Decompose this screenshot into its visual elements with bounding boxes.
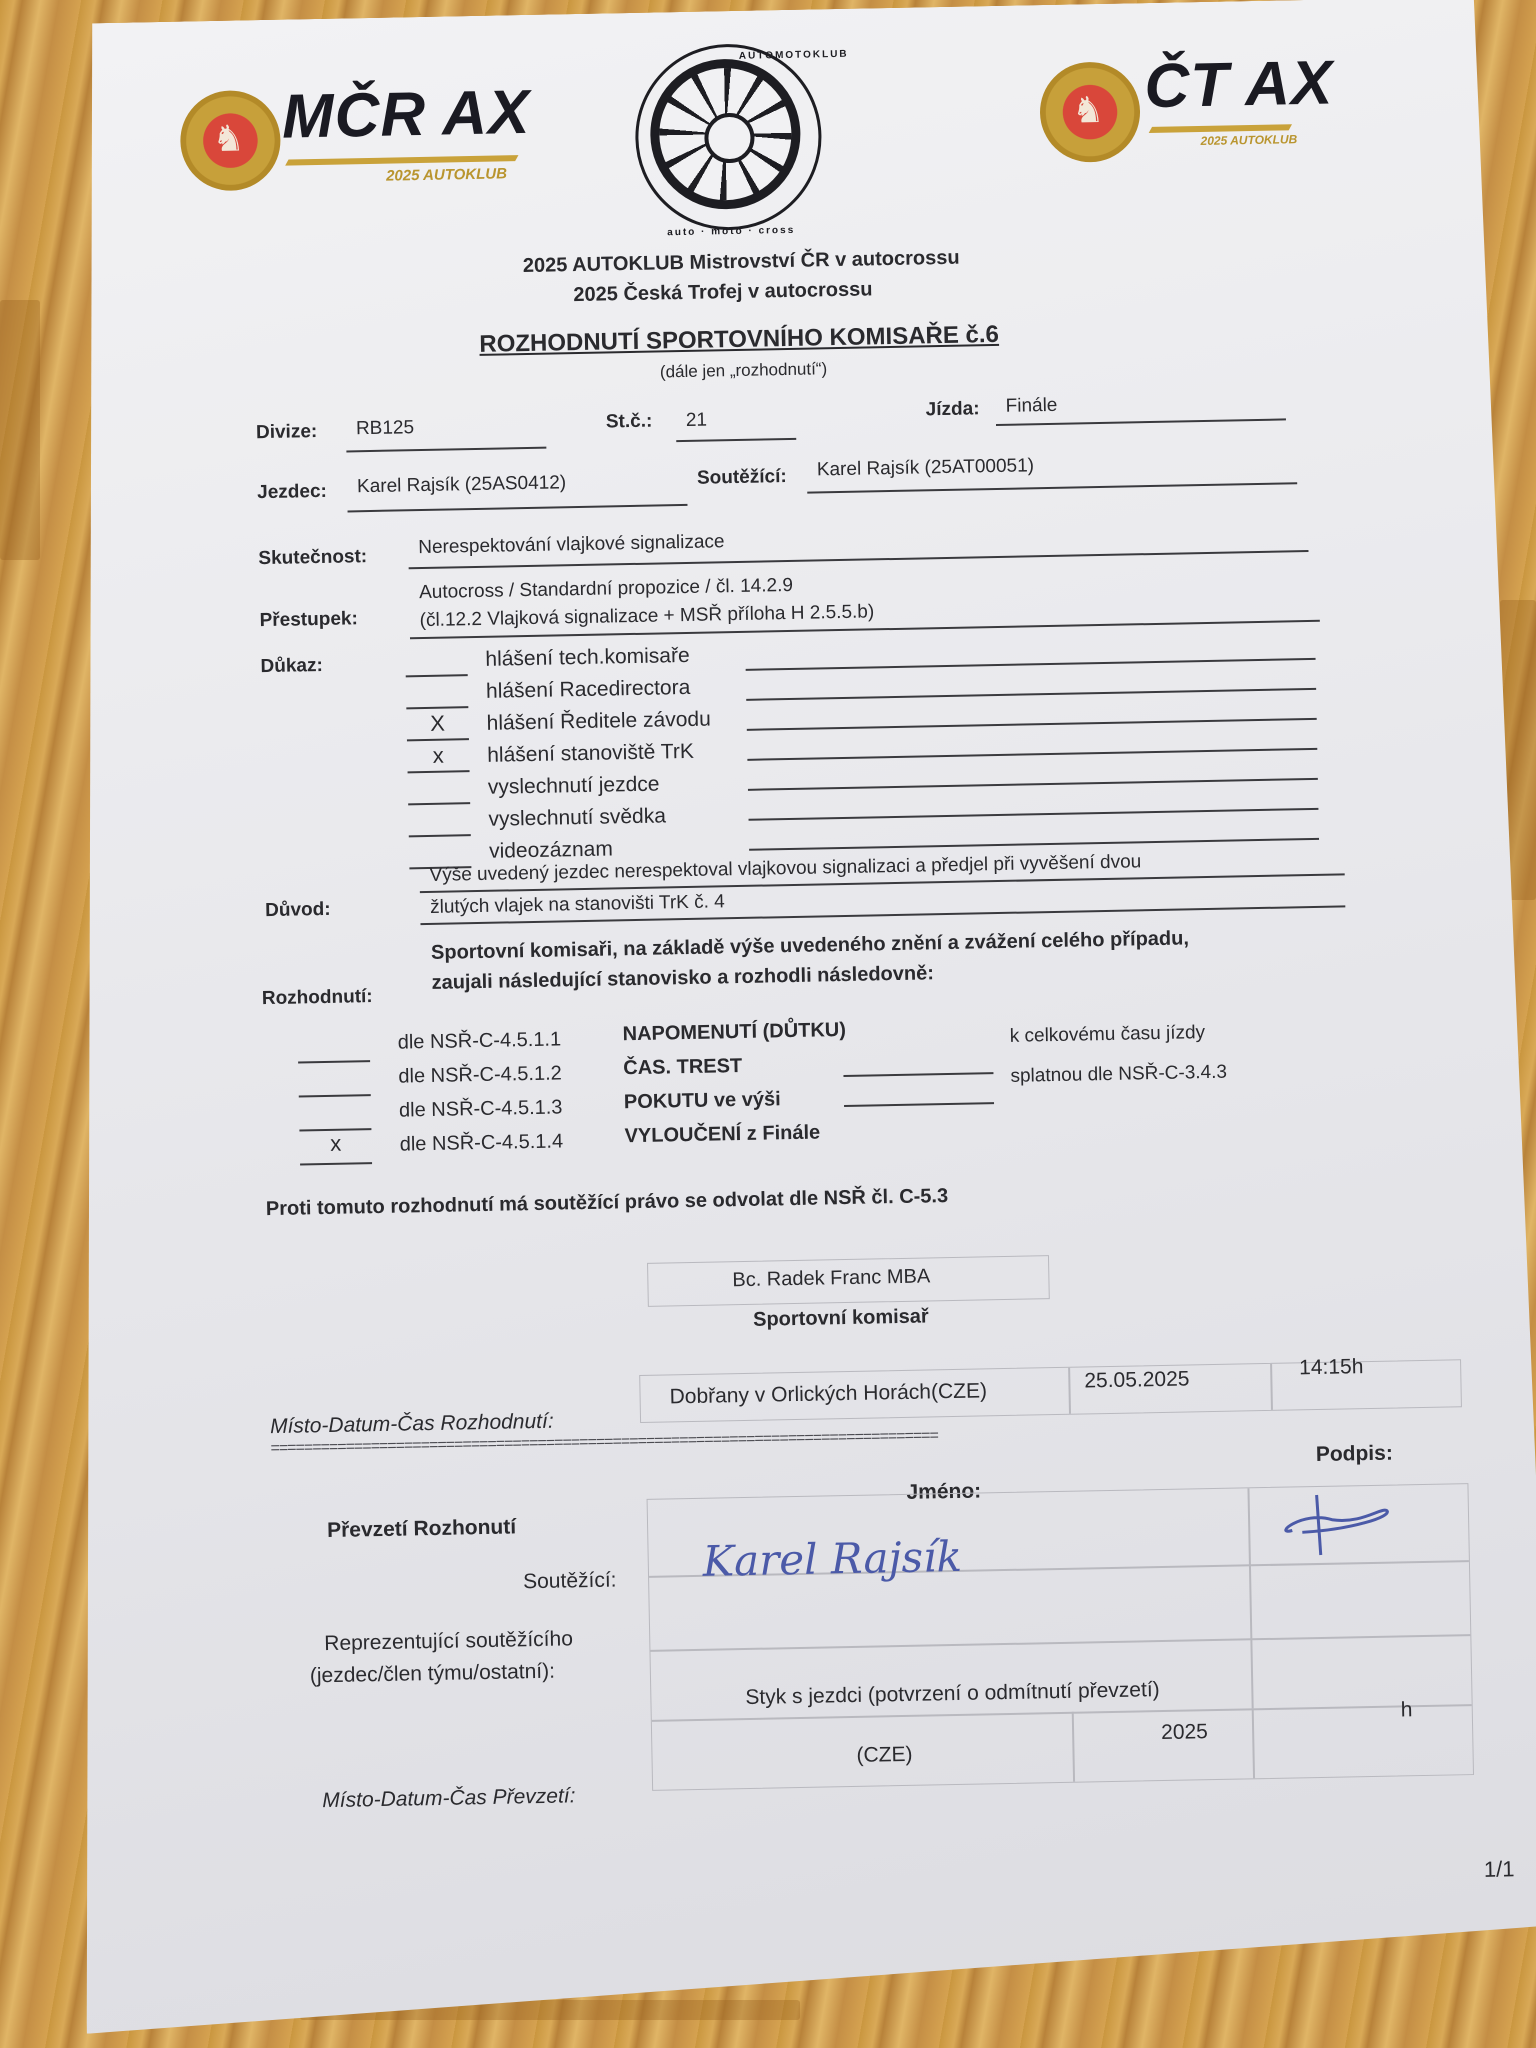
evidence-note-line (747, 748, 1317, 761)
penalty-extra: k celkovému času jízdy (1010, 1022, 1206, 1048)
receipt-row1-label: Soutěžící: (523, 1568, 617, 1594)
jezdec-underline (348, 504, 688, 513)
prestupek-line-2: (čl.12.2 Vlajková signalizace + MSŘ příl… (419, 601, 874, 632)
penalty-checkbox[interactable] (297, 1028, 370, 1063)
penalty-rule: dle NSŘ-C-4.5.1.2 (398, 1062, 562, 1088)
commissioner-role: Sportovní komisař (753, 1305, 929, 1331)
logo-left-bar (285, 155, 518, 165)
logo-left-subtitle: 2025 AUTOKLUB (386, 165, 507, 184)
document-sheet: ♞ MČR AX 2025 AUTOKLUB AUTOMOTOKLUB auto… (48, 0, 1536, 2034)
prestupek-line-1: Autocross / Standardní propozice / čl. 1… (419, 575, 793, 604)
soutezici-underline (807, 482, 1297, 493)
evidence-label: hlášení tech.komisaře (485, 644, 690, 672)
evidence-note-line (749, 808, 1319, 821)
stc-underline (676, 438, 796, 442)
penalty-rule: dle NSŘ-C-4.5.1.3 (399, 1096, 563, 1122)
penalty-name: POKUTU ve výši (624, 1088, 781, 1114)
penalty-options: dle NSŘ-C-4.5.1.1 NAPOMENUTÍ (DŮTKU) dle… (297, 1000, 1300, 1189)
jizda-label: Jízda: (926, 398, 980, 421)
jizda-underline (996, 418, 1286, 426)
logo-right-title: ČT AX (1144, 47, 1334, 122)
logo-left-title: MČR AX (281, 77, 531, 153)
time-penalty-input[interactable] (843, 1072, 993, 1077)
wheel-logo-icon (649, 58, 802, 211)
evidence-label: hlášení Ředitele závodu (486, 708, 711, 736)
evidence-label: vyslechnutí jezdce (488, 773, 660, 800)
receipt-title: Převzetí Rozhonutí (327, 1515, 516, 1543)
duvod-label: Důvod: (265, 899, 331, 922)
lion-badge-icon: ♞ (1039, 61, 1141, 163)
skutecnost-label: Skutečnost: (258, 546, 367, 570)
signature-icon (1262, 1488, 1403, 1561)
lion-badge-icon: ♞ (179, 90, 281, 192)
evidence-label: hlášení Racedirectora (486, 676, 691, 704)
jezdec-label: Jezdec: (257, 481, 327, 504)
soutezici-label: Soutěžící: (697, 466, 787, 490)
logo-center-ring-bottom: auto · moto · cross (667, 225, 795, 238)
evidence-checkbox[interactable]: x (407, 742, 470, 773)
page-subtitle: (dále jen „rozhodnutí“) (660, 359, 828, 382)
jizda-value: Finále (1005, 395, 1057, 418)
evidence-checkbox[interactable] (408, 774, 471, 805)
penalty-name: VYLOUČENÍ z Finále (624, 1121, 820, 1148)
championship-line-1: 2025 AUTOKLUB Mistrovství ČR v autocross… (523, 247, 960, 278)
rozhodnuti-line-1: Sportovní komisaři, na základě výše uved… (431, 927, 1189, 965)
penalty-rule: dle NSŘ-C-4.5.1.1 (398, 1028, 562, 1054)
decision-time: 14:15h (1299, 1355, 1364, 1380)
wood-texture (0, 300, 40, 560)
receipt-col-sign: Podpis: (1316, 1442, 1393, 1467)
receipt-place-label: Místo-Datum-Čas Převzetí: (322, 1784, 576, 1813)
commissioner-name: Bc. Radek Franc MBA (732, 1265, 930, 1292)
evidence-label: vyslechnutí svědka (488, 804, 666, 831)
prestupek-label: Přestupek: (259, 608, 358, 632)
appeal-notice: Proti tomuto rozhodnutí má soutěžící prá… (266, 1185, 949, 1221)
penalty-rule: dle NSŘ-C-4.5.1.4 (399, 1130, 563, 1156)
skutecnost-value: Nerespektování vlajkové signalizace (418, 531, 725, 559)
evidence-checkbox[interactable] (405, 646, 468, 677)
penalty-name: NAPOMENUTÍ (DŮTKU) (622, 1019, 846, 1046)
evidence-label: videozáznam (489, 837, 613, 863)
penalty-checkbox[interactable] (299, 1096, 372, 1131)
penalty-checkbox[interactable] (298, 1062, 371, 1097)
championship-line-2: 2025 Česká Trofej v autocrossu (573, 278, 872, 307)
duvod-line-2: žlutých vlajek na stanovišti TrK č. 4 (430, 891, 725, 919)
signature-field[interactable] (1262, 1488, 1403, 1561)
receipt-place[interactable]: (CZE) (856, 1743, 912, 1768)
evidence-note-line (747, 718, 1317, 731)
receipt-date[interactable]: 2025 (1161, 1720, 1208, 1745)
logo-center-ring-top: AUTOMOTOKLUB (739, 49, 849, 62)
logo-right-subtitle: 2025 AUTOKLUB (1200, 132, 1297, 148)
page-title: ROZHODNUTÍ SPORTOVNÍHO KOMISAŘE č.6 (479, 321, 999, 359)
divize-label: Divize: (256, 421, 318, 444)
evidence-checkbox[interactable]: X (406, 710, 469, 741)
evidence-note-line (748, 778, 1318, 791)
rozhodnuti-label: Rozhodnutí: (262, 986, 373, 1010)
rozhodnuti-line-2: zaujali následující stanovisko a rozhodl… (431, 962, 934, 995)
penalty-extra: splatnou dle NSŘ-C-3.4.3 (1010, 1062, 1227, 1088)
receipt-time[interactable]: h (1401, 1698, 1413, 1722)
dukaz-label: Důkaz: (260, 655, 323, 678)
divize-underline (346, 447, 546, 453)
decision-date: 25.05.2025 (1084, 1367, 1190, 1393)
evidence-checkbox[interactable] (408, 806, 471, 837)
evidence-note-line (749, 838, 1319, 851)
receipt-row2-label-2: (jezdec/člen týmu/ostatní): (310, 1660, 556, 1689)
jezdec-value: Karel Rajsík (25AS0412) (357, 472, 566, 498)
penalty-name: ČAS. TREST (623, 1055, 742, 1080)
divize-value: RB125 (356, 417, 415, 440)
representative-name-field[interactable] (653, 1571, 1244, 1652)
evidence-note-line (746, 688, 1316, 701)
stc-label: St.č.: (606, 411, 653, 434)
stc-value: 21 (686, 410, 708, 432)
evidence-list: hlášení tech.komisaře hlášení Racedirect… (405, 620, 1329, 868)
representative-sign-field[interactable] (1253, 1562, 1464, 1636)
fine-amount-input[interactable] (844, 1102, 994, 1107)
evidence-label: hlášení stanoviště TrK (487, 740, 694, 768)
page-number: 1/1 (1484, 1856, 1515, 1883)
soutezici-value: Karel Rajsík (25AT00051) (817, 455, 1035, 481)
evidence-note-line (746, 658, 1316, 671)
evidence-checkbox[interactable] (406, 678, 469, 709)
penalty-checkbox[interactable]: x (299, 1130, 372, 1165)
receipt-row2-label-1: Reprezentující soutěžícího (324, 1627, 573, 1656)
